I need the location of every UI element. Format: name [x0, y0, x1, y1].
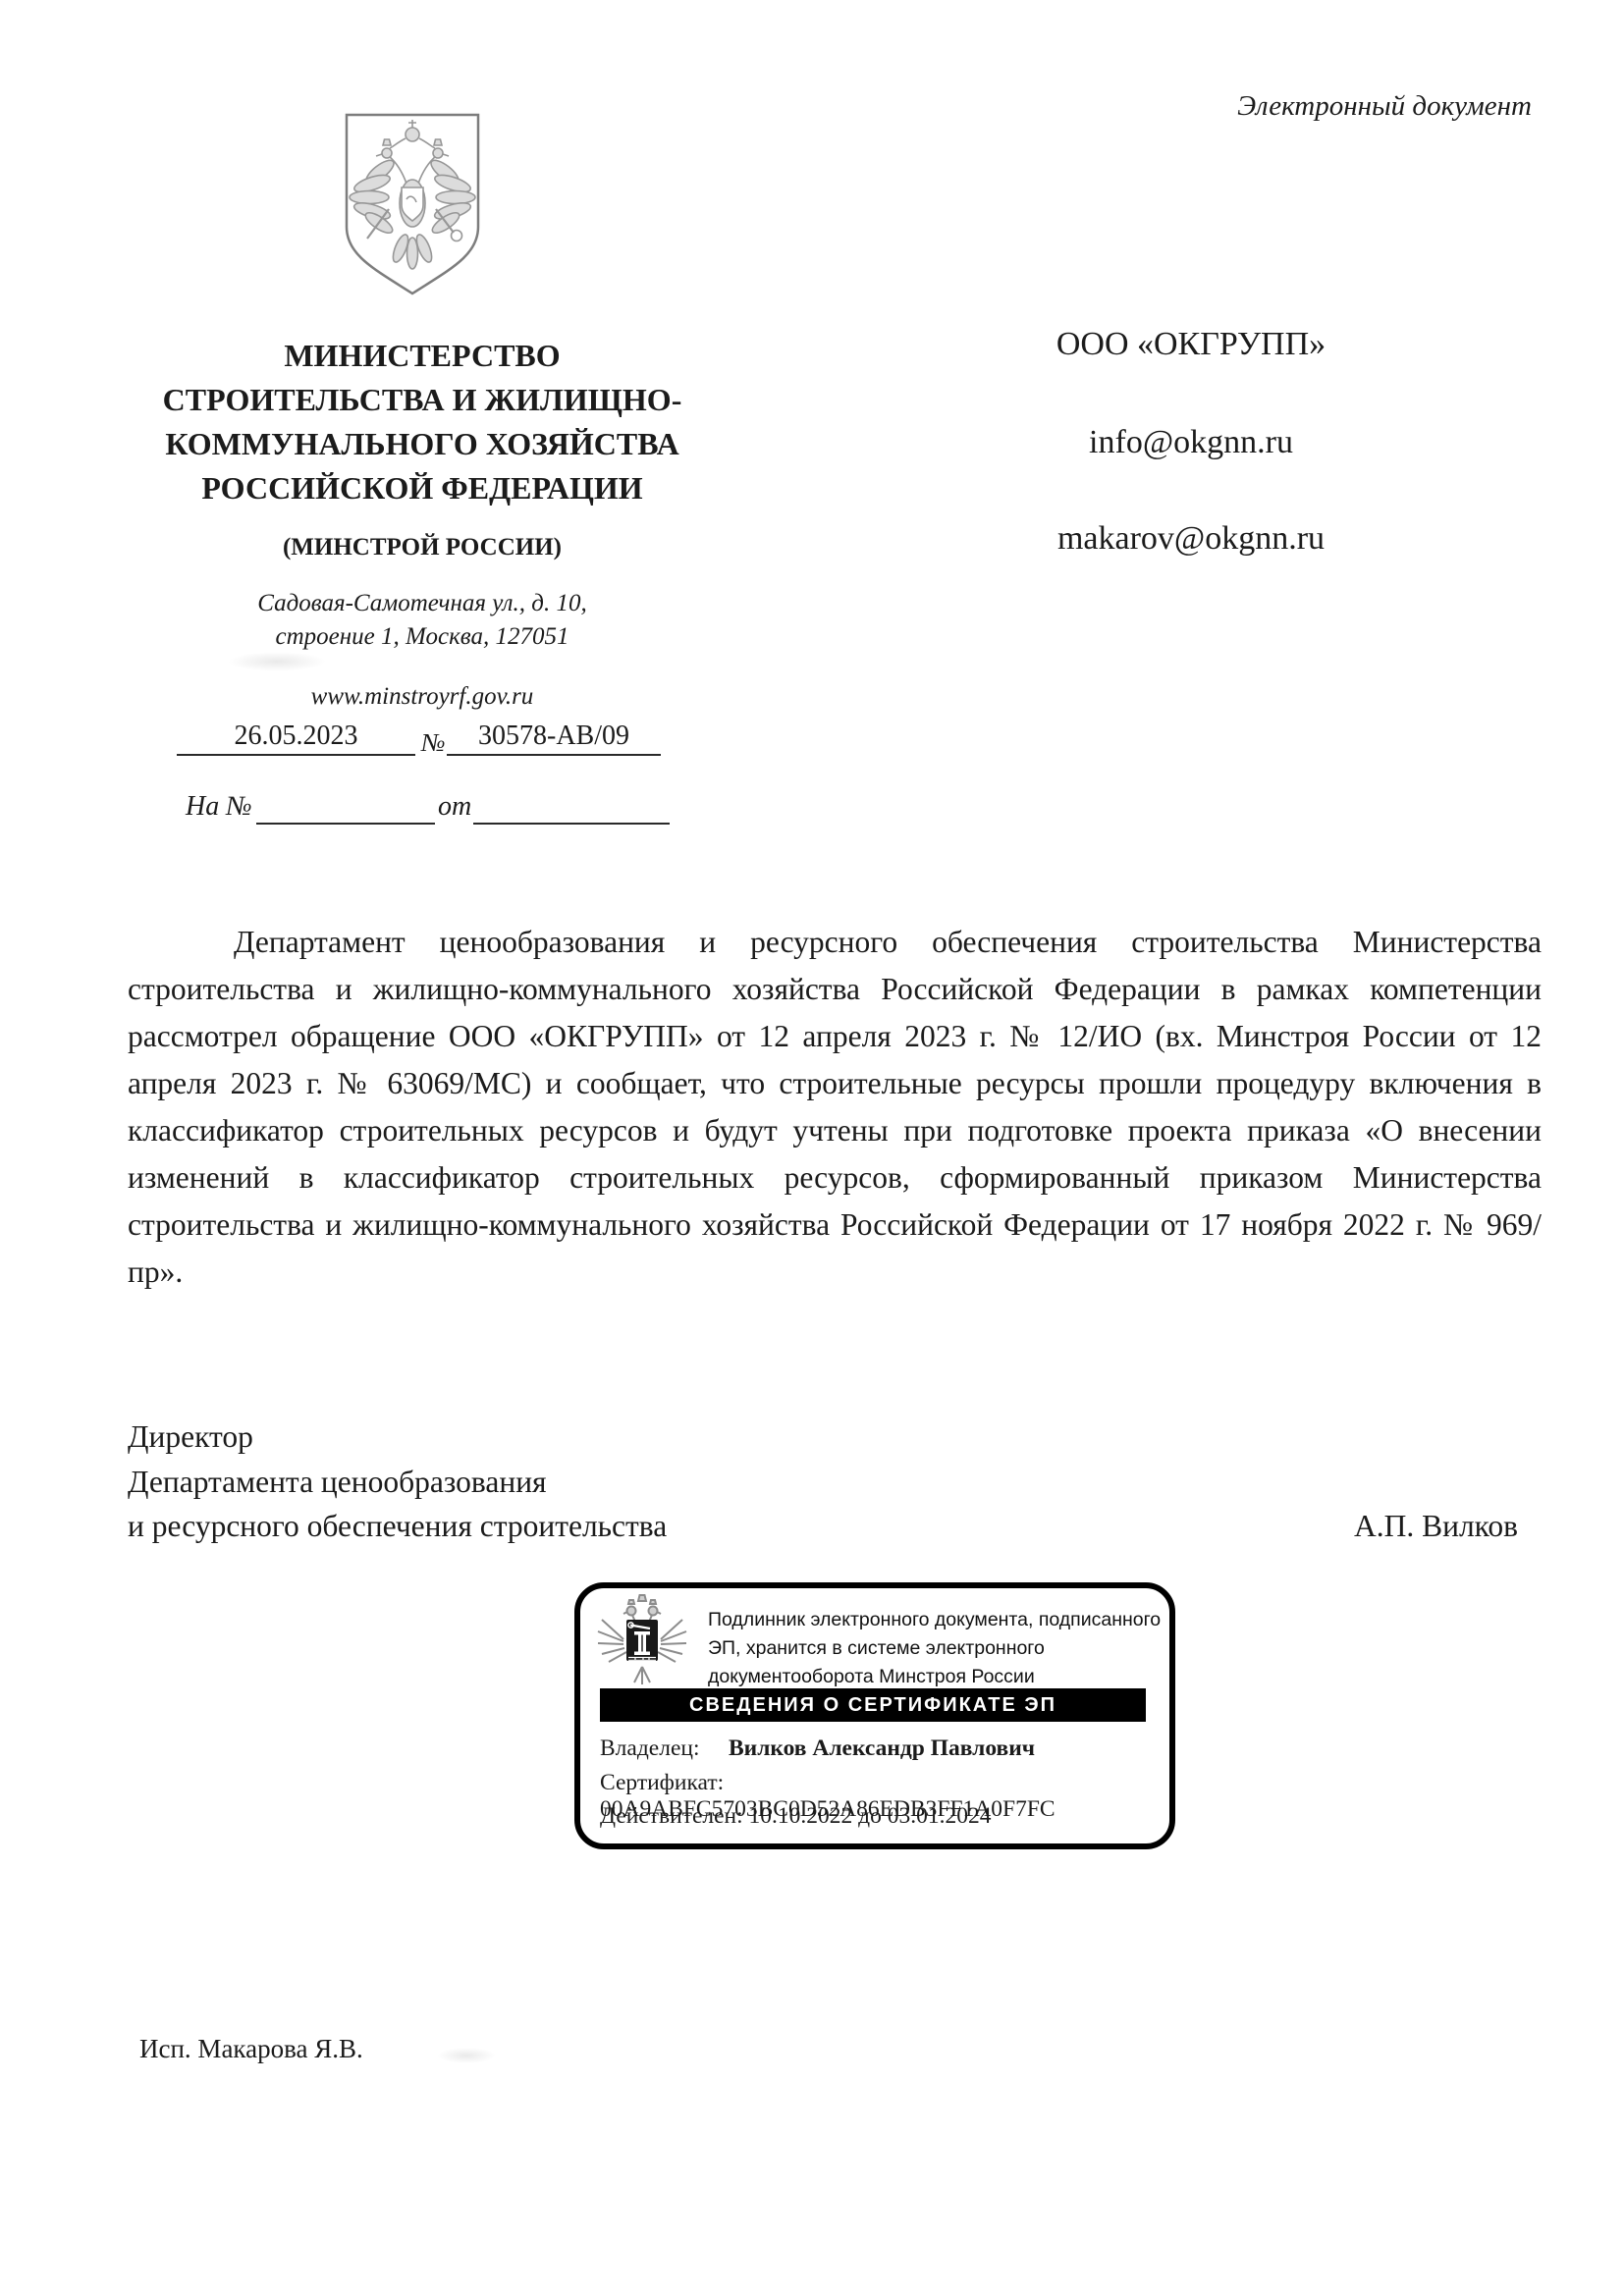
- scan-artifact: [228, 652, 326, 671]
- reply-infix: от: [438, 791, 471, 823]
- ministry-address: Садовая-Самотечная ул., д. 10, строение …: [110, 587, 734, 654]
- validity-value: 10.10.2022 до 03.01.2024: [749, 1803, 992, 1829]
- outgoing-date: 26.05.2023: [177, 721, 415, 756]
- ministry-name-line: КОММУНАЛЬНОГО ХОЗЯЙСТВА: [110, 422, 734, 466]
- russia-coat-of-arms-icon: [341, 110, 484, 298]
- certificate-header-bar: СВЕДЕНИЯ О СЕРТИФИКАТЕ ЭП: [600, 1688, 1146, 1722]
- ministry-name-line: МИНИСТЕРСТВО: [110, 334, 734, 378]
- recipient-email: makarov@okgnn.ru: [985, 520, 1397, 558]
- numero-sign: №: [421, 728, 446, 758]
- address-line: Садовая-Самотечная ул., д. 10,: [110, 587, 734, 620]
- certificate-label: Сертификат:: [600, 1770, 724, 1795]
- outgoing-reference-row: 26.05.2023 № 30578-АВ/09: [147, 721, 697, 760]
- signer-position-line: Директор: [128, 1415, 1518, 1460]
- letterhead: МИНИСТЕРСТВО СТРОИТЕЛЬСТВА И ЖИЛИЩНО- КО…: [110, 334, 734, 711]
- owner-label: Владелец:: [600, 1735, 699, 1761]
- recipient-name: ООО «ОКГРУПП»: [985, 326, 1397, 363]
- validity-label: Действителен:: [600, 1803, 743, 1829]
- electronic-document-label: Электронный документ: [1139, 90, 1532, 123]
- ministry-name-line: СТРОИТЕЛЬСТВА И ЖИЛИЩНО-: [110, 378, 734, 422]
- scan-artifact: [437, 2048, 496, 2063]
- ministry-name-line: РОССИЙСКОЙ ФЕДЕРАЦИИ: [110, 466, 734, 510]
- ministry-short-name: (МИНСТРОЙ РОССИИ): [110, 534, 734, 561]
- reply-prefix: На №: [186, 791, 252, 823]
- ministry-website: www.minstroyrf.gov.ru: [110, 683, 734, 711]
- recipient-block: ООО «ОКГРУПП» info@okgnn.ru makarov@okgn…: [985, 326, 1397, 558]
- reply-date-blank: [473, 789, 670, 825]
- outgoing-number: 30578-АВ/09: [447, 721, 661, 756]
- ministry-name: МИНИСТЕРСТВО СТРОИТЕЛЬСТВА И ЖИЛИЩНО- КО…: [110, 334, 734, 510]
- signer-position-line: Департамента ценообразования: [128, 1460, 1518, 1505]
- body-paragraph: Департамент ценообразования и ресурсного…: [128, 919, 1542, 1296]
- reply-number-blank: [256, 789, 435, 825]
- electronic-signature-stamp: Подлинник электронного документа, подпис…: [574, 1582, 1175, 1849]
- signer-name: А.П. Вилков: [1354, 1504, 1518, 1549]
- owner-name: Вилков Александр Павлович: [729, 1735, 1035, 1762]
- signature-block: Директор Департамента ценообразования и …: [128, 1415, 1518, 1549]
- recipient-email: info@okgnn.ru: [985, 424, 1397, 461]
- executor-note: Исп. Макарова Я.В.: [139, 2034, 363, 2064]
- reply-reference-row: На № от: [147, 789, 717, 828]
- signature-last-line: и ресурсного обеспечения строительства А…: [128, 1504, 1518, 1549]
- document-page: Электронный документ: [0, 0, 1624, 2296]
- certificate-validity-row: Действителен: 10.10.2022 до 03.01.2024: [600, 1803, 1150, 1830]
- address-line: строение 1, Москва, 127051: [110, 620, 734, 654]
- signer-position-line: и ресурсного обеспечения строительства: [128, 1509, 667, 1543]
- stamp-authenticity-text: Подлинник электронного документа, подпис…: [708, 1606, 1173, 1691]
- minstroy-emblem-icon: [592, 1592, 692, 1690]
- certificate-owner-row: Владелец: Вилков Александр Павлович: [600, 1735, 1150, 1762]
